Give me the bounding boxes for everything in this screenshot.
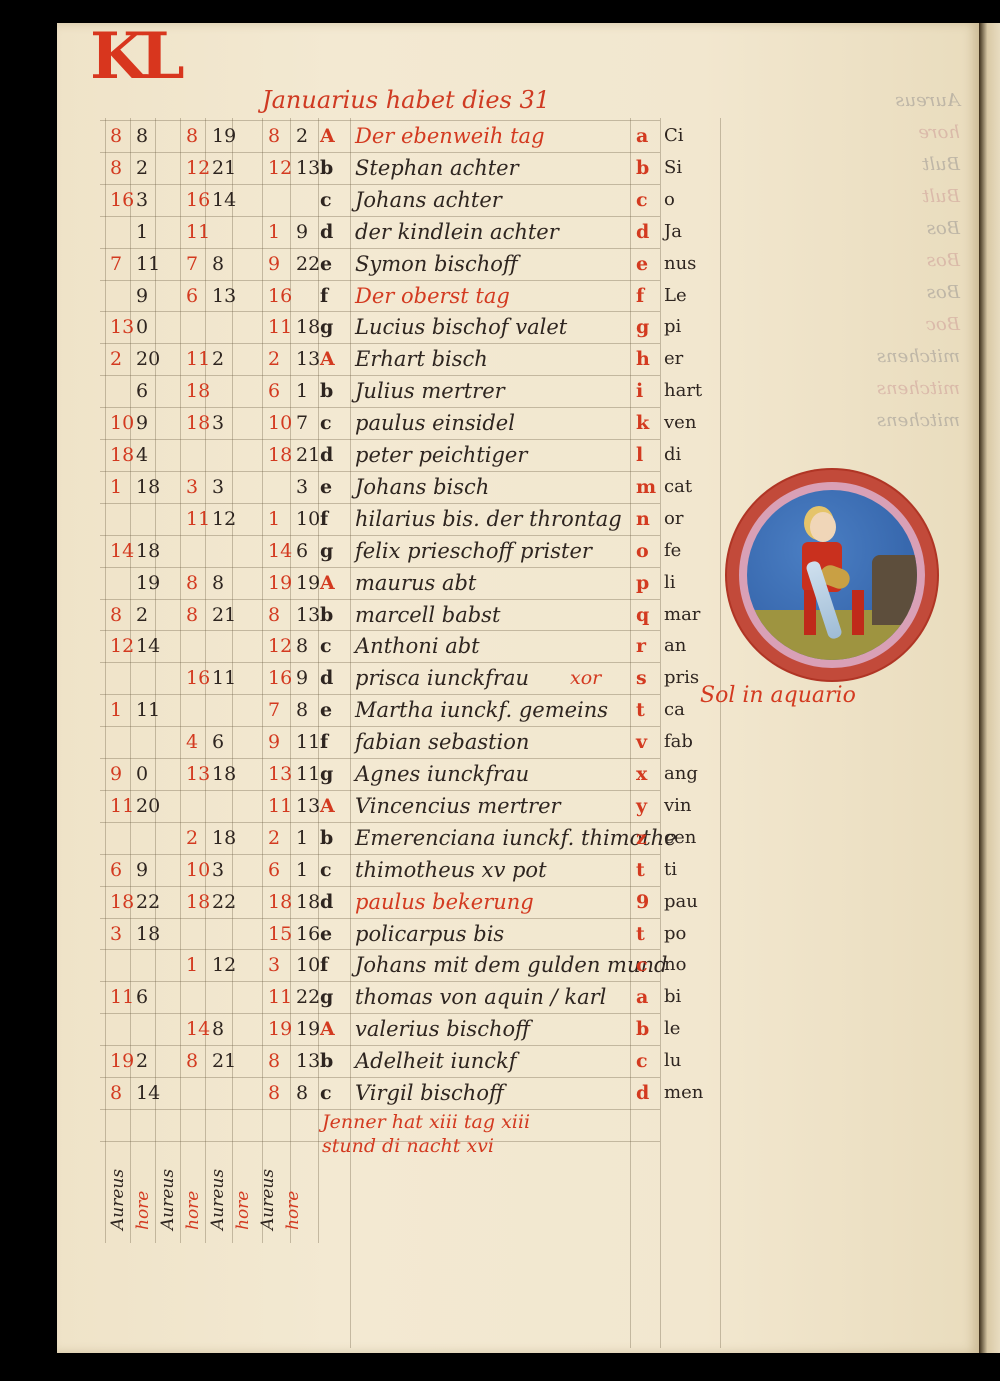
calendar-letter: d	[636, 1081, 649, 1105]
numeral-cell: 6	[186, 284, 198, 308]
calendar-row: 1631614cJohans achterco	[0, 184, 1000, 216]
numeral-cell: 19	[296, 1017, 320, 1041]
numeral-cell: 11	[186, 220, 210, 244]
numeral-cell: 21	[212, 156, 236, 180]
numeral-cell: 21	[212, 1049, 236, 1073]
dominical-letter: A	[320, 1017, 335, 1041]
saint-name: paulus bekerung	[355, 890, 534, 914]
numeral-cell: 6	[296, 539, 308, 563]
cisiojanus-syllable: Si	[664, 156, 682, 180]
numeral-cell: 8	[212, 252, 224, 276]
cisiojanus-syllable: ti	[664, 858, 677, 882]
numeral-cell: 8	[110, 156, 122, 180]
dominical-letter: c	[320, 634, 332, 658]
cisiojanus-syllable: cat	[664, 475, 692, 499]
numeral-cell: 16	[186, 188, 210, 212]
dominical-letter: g	[320, 539, 333, 563]
numeral-cell: 7	[186, 252, 198, 276]
calendar-letter: t	[636, 858, 645, 882]
numeral-cell: 3	[212, 475, 224, 499]
zodiac-caption: Sol in aquario	[700, 683, 856, 708]
calendar-row: 21821bEmerenciana iunckf. thimothezcen	[0, 822, 1000, 854]
calendar-row: 81488cVirgil bischoffdmen	[0, 1077, 1000, 1109]
numeral-cell: 18	[212, 826, 236, 850]
calendar-letter: c	[636, 1049, 648, 1073]
dominical-letter: d	[320, 666, 333, 690]
saint-name: marcell babst	[355, 603, 500, 627]
numeral-cell: 8	[186, 603, 198, 627]
numeral-cell: 8	[110, 1081, 122, 1105]
cisiojanus-syllable: an	[664, 634, 686, 658]
dominical-letter: e	[320, 475, 332, 499]
calendar-row: 6910361cthimotheus xv pottti	[0, 854, 1000, 886]
aquarius-zodiac-roundel	[727, 470, 937, 680]
dominical-letter: f	[320, 953, 328, 977]
calendar-letter: x	[636, 762, 647, 786]
cisiojanus-syllable: pi	[664, 315, 681, 339]
cisiojanus-syllable: er	[664, 347, 683, 371]
saint-name: Johans achter	[355, 188, 502, 212]
numeral-cell: 1	[296, 826, 308, 850]
numeral-cell: 14	[110, 539, 134, 563]
column-label: hore	[233, 1120, 253, 1230]
numeral-cell: 16	[268, 666, 292, 690]
numeral-cell: 12	[212, 507, 236, 531]
calendar-row: 9013181311gAgnes iunckfrauxang	[0, 758, 1000, 790]
numeral-cell: 11	[136, 252, 160, 276]
saint-name: Martha iunckf. gemeins	[355, 698, 608, 722]
dominical-letter: A	[320, 124, 335, 148]
numeral-cell: 7	[268, 698, 280, 722]
numeral-cell: 13	[296, 794, 320, 818]
numeral-cell: 7	[110, 252, 122, 276]
calendar-letter: z	[636, 826, 647, 850]
numeral-cell: 3	[268, 953, 280, 977]
cisiojanus-syllable: fe	[664, 539, 681, 563]
numeral-cell: 8	[296, 1081, 308, 1105]
dominical-letter: A	[320, 794, 335, 818]
numeral-cell: 2	[212, 347, 224, 371]
numeral-cell: 18	[186, 890, 210, 914]
numeral-cell: 8	[186, 571, 198, 595]
numeral-cell: 13	[296, 156, 320, 180]
numeral-cell: 1	[110, 475, 122, 499]
saint-name: Agnes iunckfrau	[355, 762, 529, 786]
calendar-row: 192821813bAdelheit iunckfclu	[0, 1045, 1000, 1077]
calendar-row: 8212211213bStephan achterbSi	[0, 152, 1000, 184]
calendar-row: 71178922eSymon bischoffenus	[0, 248, 1000, 280]
numeral-cell: 19	[136, 571, 160, 595]
dominical-letter: e	[320, 252, 332, 276]
numeral-cell: 12	[268, 156, 292, 180]
calendar-letter: c	[636, 188, 648, 212]
cisiojanus-syllable: bi	[664, 985, 681, 1009]
numeral-cell: 14	[268, 539, 292, 563]
numeral-cell: 13	[296, 603, 320, 627]
calendar-letter: m	[636, 475, 656, 499]
numeral-cell: 2	[186, 826, 198, 850]
numeral-cell: 2	[268, 826, 280, 850]
dominical-letter: c	[320, 858, 332, 882]
numeral-cell: 19	[296, 571, 320, 595]
calendar-letter: e	[636, 252, 648, 276]
numeral-cell: 3	[296, 475, 308, 499]
dominical-letter: c	[320, 411, 332, 435]
column-label: hore	[133, 1120, 153, 1230]
rubric-annotation: xor	[570, 666, 601, 690]
calendar-row: 1301118gLucius bischof valetgpi	[0, 311, 1000, 343]
cisiojanus-syllable: po	[664, 922, 686, 946]
numeral-cell: 6	[212, 730, 224, 754]
numeral-cell: 13	[268, 762, 292, 786]
cisiojanus-syllable: mar	[664, 603, 700, 627]
numeral-cell: 8	[186, 1049, 198, 1073]
saint-name: hilarius bis. der throntag	[355, 507, 622, 531]
numeral-cell: 3	[212, 411, 224, 435]
dominical-letter: g	[320, 985, 333, 1009]
cisiojanus-syllable: ca	[664, 698, 685, 722]
saint-name: Emerenciana iunckf. thimothe	[355, 826, 677, 850]
numeral-cell: 22	[296, 252, 320, 276]
numeral-cell: 22	[212, 890, 236, 914]
numeral-cell: 19	[268, 1017, 292, 1041]
numeral-cell: 8	[110, 603, 122, 627]
calendar-letter: 9	[636, 890, 649, 914]
numeral-cell: 18	[136, 539, 160, 563]
note-line-1: Jenner hat xiii tag xiii	[322, 1110, 530, 1134]
calendar-letter: l	[636, 443, 643, 467]
saint-name: prisca iunckfrau	[355, 666, 529, 690]
calendar-letter: r	[636, 634, 646, 658]
dominical-letter: f	[320, 284, 328, 308]
numeral-cell: 12	[110, 634, 134, 658]
numeral-cell: 3	[136, 188, 148, 212]
dominical-letter: c	[320, 188, 332, 212]
dominical-letter: b	[320, 379, 333, 403]
calendar-row: 1161122gthomas von aquin / karlabi	[0, 981, 1000, 1013]
saint-name: Vincencius mertrer	[355, 794, 561, 818]
numeral-cell: 6	[268, 858, 280, 882]
saint-name: valerius bischoff	[355, 1017, 530, 1041]
calendar-letter: y	[636, 794, 647, 818]
saint-name: peter peichtiger	[355, 443, 527, 467]
dominical-letter: f	[320, 730, 328, 754]
numeral-cell: 13	[296, 347, 320, 371]
numeral-cell: 18	[110, 443, 134, 467]
saint-name: der kindlein achter	[355, 220, 559, 244]
numeral-cell: 16	[296, 922, 320, 946]
numeral-cell: 1	[186, 953, 198, 977]
calendar-row: 109183107cpaulus einsidelkven	[0, 407, 1000, 439]
numeral-cell: 8	[186, 124, 198, 148]
numeral-cell: 9	[268, 252, 280, 276]
numeral-cell: 0	[136, 315, 148, 339]
numeral-cell: 18	[186, 379, 210, 403]
cisiojanus-syllable: no	[664, 953, 686, 977]
dominical-letter: b	[320, 1049, 333, 1073]
numeral-cell: 10	[186, 858, 210, 882]
dominical-letter: d	[320, 443, 333, 467]
column-label: Aureus	[208, 1120, 228, 1230]
numeral-cell: 8	[268, 1049, 280, 1073]
numeral-cell: 14	[212, 188, 236, 212]
cisiojanus-syllable: vin	[664, 794, 692, 818]
numeral-cell: 3	[212, 858, 224, 882]
numeral-cell: 8	[136, 124, 148, 148]
numeral-cell: 7	[296, 411, 308, 435]
calendar-letter: d	[636, 220, 649, 244]
numeral-cell: 18	[212, 762, 236, 786]
numeral-cell: 6	[268, 379, 280, 403]
cisiojanus-syllable: ven	[664, 411, 696, 435]
numeral-cell: 11	[212, 666, 236, 690]
numeral-cell: 12	[268, 634, 292, 658]
numeral-cell: 19	[212, 124, 236, 148]
saint-name: policarpus bis	[355, 922, 504, 946]
cisiojanus-syllable: or	[664, 507, 683, 531]
numeral-cell: 12	[186, 156, 210, 180]
saint-name: fabian sebastion	[355, 730, 529, 754]
numeral-cell: 18	[136, 475, 160, 499]
numeral-cell: 22	[296, 985, 320, 1009]
dominical-letter: f	[320, 507, 328, 531]
numeral-cell: 11	[186, 507, 210, 531]
saint-name: Symon bischoff	[355, 252, 518, 276]
cisiojanus-syllable: li	[664, 571, 676, 595]
calendar-row: 961316fDer oberst tagfLe	[0, 280, 1000, 312]
dominical-letter: e	[320, 922, 332, 946]
saint-name: Virgil bischoff	[355, 1081, 504, 1105]
calendar-letter: f	[636, 284, 644, 308]
numeral-cell: 2	[136, 156, 148, 180]
saint-name: thomas von aquin / karl	[355, 985, 606, 1009]
saint-name: thimotheus xv pot	[355, 858, 547, 882]
numeral-cell: 21	[212, 603, 236, 627]
saint-name: Lucius bischof valet	[355, 315, 567, 339]
calendar-letter: t	[636, 922, 645, 946]
calendar-letter: i	[636, 379, 643, 403]
numeral-cell: 1	[136, 220, 148, 244]
numeral-cell: 11	[268, 794, 292, 818]
calendar-row: 11201113AVincencius mertreryvin	[0, 790, 1000, 822]
calendar-letter: o	[636, 539, 649, 563]
numeral-cell: 19	[268, 571, 292, 595]
numeral-cell: 4	[186, 730, 198, 754]
numeral-cell: 14	[136, 1081, 160, 1105]
calendar-letter: a	[636, 124, 648, 148]
cisiojanus-syllable: men	[664, 1081, 703, 1105]
calendar-row: 61861bJulius mertrerihart	[0, 375, 1000, 407]
numeral-cell: 11	[110, 985, 134, 1009]
calendar-letter: a	[636, 985, 648, 1009]
numeral-cell: 8	[268, 124, 280, 148]
month-title: Januarius habet dies 31	[262, 86, 550, 114]
numeral-cell: 11	[110, 794, 134, 818]
saint-name: Adelheit iunckf	[355, 1049, 517, 1073]
numeral-cell: 8	[296, 634, 308, 658]
numeral-cell: 9	[136, 411, 148, 435]
cisiojanus-syllable: fab	[664, 730, 693, 754]
numeral-cell: 8	[268, 603, 280, 627]
calendar-row: 46911ffabian sebastionvfab	[0, 726, 1000, 758]
dominical-letter: A	[320, 347, 335, 371]
column-label: hore	[283, 1120, 303, 1230]
numeral-cell: 18	[268, 890, 292, 914]
calendar-letter: t	[636, 698, 645, 722]
cisiojanus-syllable: o	[664, 188, 675, 212]
numeral-cell: 2	[136, 603, 148, 627]
numeral-cell: 10	[296, 953, 320, 977]
saint-name: Johans mit dem gulden mund	[355, 953, 667, 977]
numeral-cell: 13	[296, 1049, 320, 1073]
saint-name: maurus abt	[355, 571, 476, 595]
rock	[872, 555, 917, 625]
cisiojanus-syllable: le	[664, 1017, 680, 1041]
numeral-cell: 9	[296, 666, 308, 690]
numeral-cell: 6	[136, 379, 148, 403]
saint-name: Johans bisch	[355, 475, 489, 499]
numeral-cell: 18	[136, 922, 160, 946]
numeral-cell: 20	[136, 347, 160, 371]
cisiojanus-syllable: pris	[664, 666, 699, 690]
numeral-cell: 13	[186, 762, 210, 786]
numeral-cell: 16	[186, 666, 210, 690]
roundel-frame	[739, 482, 925, 668]
calendar-letter: b	[636, 1017, 649, 1041]
roundel-scene	[747, 490, 917, 660]
numeral-cell: 20	[136, 794, 160, 818]
calendar-letter: k	[636, 411, 649, 435]
saint-name: Der oberst tag	[355, 284, 510, 308]
numeral-cell: 2	[110, 347, 122, 371]
saint-name: Stephan achter	[355, 156, 519, 180]
numeral-cell: 11	[268, 985, 292, 1009]
dominical-letter: g	[320, 315, 333, 339]
dominical-letter: g	[320, 762, 333, 786]
numeral-cell: 10	[296, 507, 320, 531]
numeral-cell: 16	[268, 284, 292, 308]
dominical-letter: b	[320, 156, 333, 180]
calendar-letter: c	[636, 953, 648, 977]
calendar-row: 1481919Avalerius bischoffble	[0, 1013, 1000, 1045]
kl-initial: KL	[90, 25, 179, 89]
numeral-cell: 9	[296, 220, 308, 244]
cisiojanus-syllable: Ci	[664, 124, 684, 148]
calendar-letter: n	[636, 507, 650, 531]
numeral-cell: 14	[186, 1017, 210, 1041]
numeral-cell: 13	[110, 315, 134, 339]
cisiojanus-syllable: pau	[664, 890, 698, 914]
numeral-cell: 11	[186, 347, 210, 371]
numeral-cell: 8	[296, 698, 308, 722]
numeral-cell: 12	[212, 953, 236, 977]
dominical-letter: b	[320, 826, 333, 850]
calendar-letter: s	[636, 666, 647, 690]
saint-name: Der ebenweih tag	[355, 124, 545, 148]
dominical-letter: d	[320, 220, 333, 244]
note-line-2: stund di nacht xvi	[322, 1134, 530, 1158]
calendar-letter: p	[636, 571, 649, 595]
saint-name: Julius mertrer	[355, 379, 505, 403]
numeral-cell: 19	[110, 1049, 134, 1073]
calendar-letter: v	[636, 730, 647, 754]
numeral-cell: 11	[136, 698, 160, 722]
dominical-letter: c	[320, 1081, 332, 1105]
numeral-cell: 9	[110, 762, 122, 786]
saint-name: felix prieschoff prister	[355, 539, 592, 563]
numeral-cell: 6	[110, 858, 122, 882]
calendar-row: 3181516epolicarpus bistpo	[0, 918, 1000, 950]
numeral-cell: 8	[212, 1017, 224, 1041]
numeral-cell: 10	[110, 411, 134, 435]
dominical-letter: e	[320, 698, 332, 722]
cisiojanus-syllable: Le	[664, 284, 687, 308]
numeral-cell: 13	[212, 284, 236, 308]
calendar-letter: q	[636, 603, 649, 627]
cisiojanus-syllable: di	[664, 443, 681, 467]
cisiojanus-syllable: lu	[664, 1049, 681, 1073]
calendar-row: 220112213AErhart bischher	[0, 343, 1000, 375]
numeral-cell: 18	[296, 890, 320, 914]
numeral-cell: 2	[296, 124, 308, 148]
dominical-letter: d	[320, 890, 333, 914]
numeral-cell: 9	[268, 730, 280, 754]
calendar-letter: b	[636, 156, 649, 180]
dominical-letter: A	[320, 571, 335, 595]
numeral-cell: 8	[268, 1081, 280, 1105]
numeral-cell: 11	[296, 762, 320, 786]
column-label: hore	[183, 1120, 203, 1230]
column-label: Aureus	[158, 1120, 178, 1230]
numeral-cell: 8	[110, 124, 122, 148]
cisiojanus-syllable: Ja	[664, 220, 682, 244]
numeral-cell: 8	[212, 571, 224, 595]
cisiojanus-syllable: ang	[664, 762, 698, 786]
numeral-cell: 14	[136, 634, 160, 658]
day-night-note: Jenner hat xiii tag xiii stund di nacht …	[322, 1110, 530, 1158]
calendar-row: 8881982ADer ebenweih tagaCi	[0, 120, 1000, 152]
calendar-row: 1841821dpeter peichtigerldi	[0, 439, 1000, 471]
calendar-letter: h	[636, 347, 650, 371]
numeral-cell: 1	[268, 507, 280, 531]
numeral-cell: 9	[136, 284, 148, 308]
numeral-cell: 18	[268, 443, 292, 467]
saint-name: paulus einsidel	[355, 411, 515, 435]
numeral-cell: 21	[296, 443, 320, 467]
calendar-row: 11119dder kindlein achterdJa	[0, 216, 1000, 248]
numeral-cell: 1	[110, 698, 122, 722]
calendar-letter: g	[636, 315, 649, 339]
ghost-line: Aureus	[800, 85, 960, 117]
calendar-row: 182218221818dpaulus bekerung9pau	[0, 886, 1000, 918]
numeral-cell: 1	[296, 858, 308, 882]
saint-name: Anthoni abt	[355, 634, 480, 658]
numeral-cell: 4	[136, 443, 148, 467]
numeral-cell: 1	[296, 379, 308, 403]
numeral-cell: 1	[268, 220, 280, 244]
numeral-cell: 18	[186, 411, 210, 435]
numeral-cell: 18	[110, 890, 134, 914]
numeral-cell: 11	[268, 315, 292, 339]
calendar-row: 112310fJohans mit dem gulden mundcno	[0, 949, 1000, 981]
numeral-cell: 18	[296, 315, 320, 339]
numeral-cell: 15	[268, 922, 292, 946]
numeral-cell: 9	[136, 858, 148, 882]
cisiojanus-syllable: cen	[664, 826, 696, 850]
numeral-cell: 3	[110, 922, 122, 946]
numeral-cell: 10	[268, 411, 292, 435]
numeral-cell: 6	[136, 985, 148, 1009]
